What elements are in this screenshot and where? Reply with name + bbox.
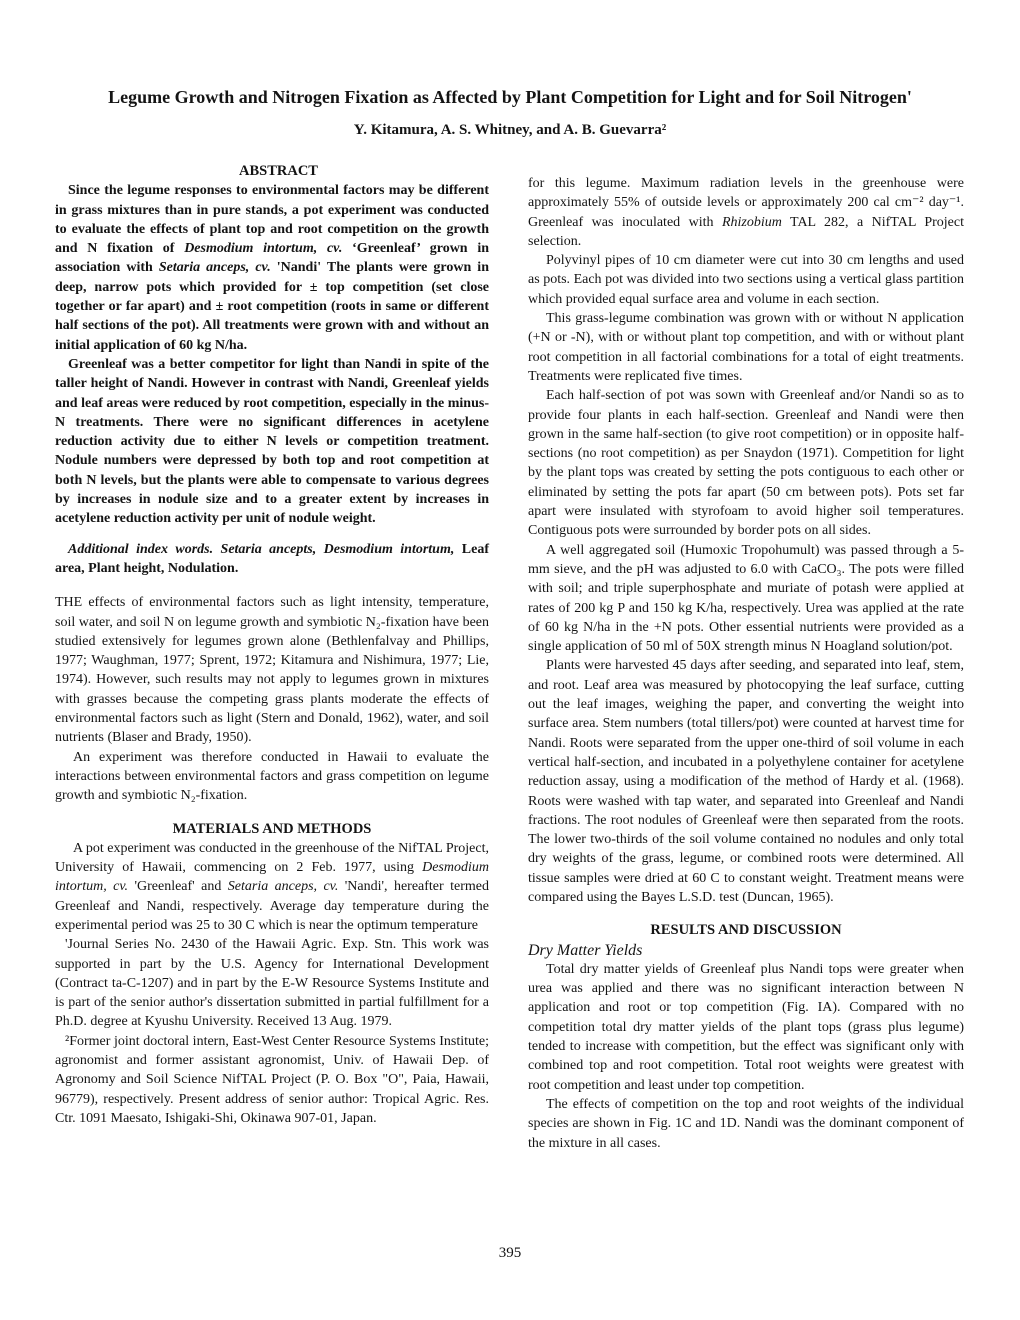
footnote-1: 'Journal Series No. 2430 of the Hawaii A…: [55, 935, 489, 1031]
body-paragraph: for this legume. Maximum radiation level…: [528, 174, 964, 251]
authors-line: Y. Kitamura, A. S. Whitney, and A. B. Gu…: [30, 122, 990, 139]
index-words: Additional index words. Setaria ancepts,…: [55, 540, 489, 579]
methods-heading: MATERIALS AND METHODS: [55, 820, 489, 839]
results-paragraph: Total dry matter yields of Greenleaf plu…: [528, 960, 964, 1095]
paper-page: Legume Growth and Nitrogen Fixation as A…: [0, 0, 1020, 1320]
abstract-paragraph: Greenleaf was a better competitor for li…: [55, 355, 489, 529]
left-column: ABSTRACT Since the legume responses to e…: [55, 162, 489, 1128]
abstract-section: ABSTRACT Since the legume responses to e…: [55, 162, 489, 529]
intro-paragraph: An experiment was therefore conducted in…: [55, 748, 489, 806]
abstract-paragraph: Since the legume responses to environmen…: [55, 181, 489, 355]
paper-title: Legume Growth and Nitrogen Fixation as A…: [30, 86, 990, 108]
body-paragraph: Each half-section of pot was sown with G…: [528, 386, 964, 540]
results-subheading: Dry Matter Yields: [528, 941, 964, 960]
footnote-2: ²Former joint doctoral intern, East-West…: [55, 1032, 489, 1128]
body-paragraph: Polyvinyl pipes of 10 cm diameter were c…: [528, 251, 964, 309]
body-paragraph: Plants were harvested 45 days after seed…: [528, 656, 964, 907]
abstract-heading: ABSTRACT: [55, 162, 489, 181]
body-paragraph: This grass-legume combination was grown …: [528, 309, 964, 386]
page-number: 395: [0, 1245, 1020, 1262]
right-column: for this legume. Maximum radiation level…: [528, 174, 964, 1153]
results-paragraph: The effects of competition on the top an…: [528, 1095, 964, 1153]
results-heading: RESULTS AND DISCUSSION: [528, 921, 964, 940]
intro-paragraph: THE effects of environmental factors suc…: [55, 593, 489, 747]
methods-paragraph: A pot experiment was conducted in the gr…: [55, 839, 489, 935]
body-paragraph: A well aggregated soil (Humoxic Tropohum…: [528, 541, 964, 657]
